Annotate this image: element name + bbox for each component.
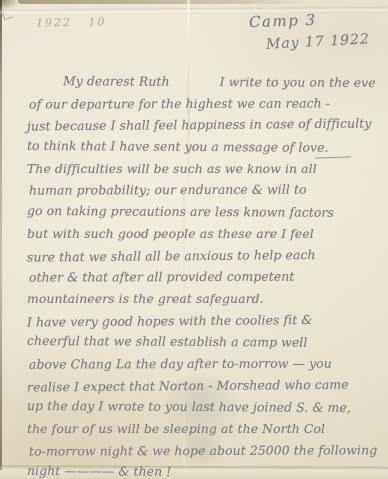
letter-line: above Chang La the day after to-morrow —… [29, 352, 381, 375]
letter-line: cheerful that we shall establish a camp … [27, 330, 379, 354]
letter-body: My dearest Ruth I write to you on the ev… [27, 71, 379, 479]
letter-line: to-morrow night & we hope about 25000 th… [29, 439, 381, 462]
letter-heading-location: Camp 3 [249, 11, 317, 31]
letter-line: just because I shall feel happiness in c… [27, 113, 379, 138]
horizontal-fold-crease [0, 7, 388, 16]
letter-line: but with such good people as these are I… [27, 223, 379, 245]
letter-line: night ———— & then ! [27, 460, 379, 479]
salutation: My dearest Ruth [27, 70, 170, 93]
letter-line: The difficulties will be such as we know… [27, 158, 379, 180]
letter-line: mountaineers is the great safeguard. [27, 288, 379, 310]
letter-line: human probability; our endurance & will … [29, 179, 381, 202]
letter-heading-date: May 17 1922 [266, 31, 371, 52]
letter-line: I have very good hopes with the coolies … [27, 308, 379, 333]
letter-line: My dearest Ruth I write to you on the ev… [27, 70, 379, 94]
letter-page: 1922 10 Camp 3 May 17 1922 My dearest Ru… [0, 0, 388, 479]
letter-line: go on taking precautions are less known … [27, 200, 379, 224]
top-torn-edge [18, 0, 308, 4]
letter-line: up the day I wrote to you last have join… [27, 395, 379, 419]
letter-line: realise I expect that Norton - Morshead … [27, 373, 379, 398]
letter-line: the four of us will be sleeping at the N… [27, 418, 379, 440]
corner-pencil-mark [2, 10, 13, 20]
letter-line: of our departure for the highest we can … [29, 92, 381, 115]
archival-number: 1922 10 [36, 15, 107, 29]
opening-phrase: I write to you on the eve [170, 71, 376, 94]
left-scan-edge [0, 0, 2, 479]
letter-line: other & that after all provided competen… [29, 266, 381, 289]
letter-line: to think that I have sent you a message … [27, 135, 379, 159]
letter-line: sure that we shall all be anxious to hel… [27, 243, 379, 268]
